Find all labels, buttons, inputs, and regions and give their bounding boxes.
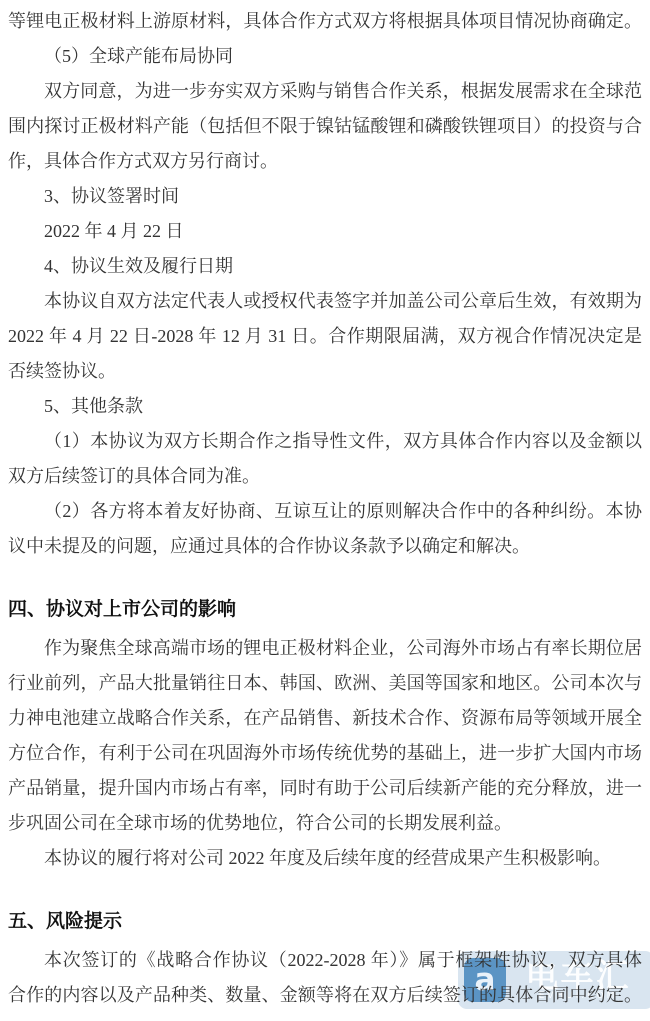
section-heading: 五、风险提示	[8, 904, 642, 939]
document-line: 3、协议签署时间	[8, 179, 642, 214]
document-line: 2022 年 4 月 22 日-2028 年 12 月 31 日。合作期限届满，…	[8, 319, 642, 354]
document-line: 步巩固公司在全球市场的优势地位，符合公司的长期发展利益。	[8, 806, 642, 841]
document-line: 方位合作，有利于公司在巩固海外市场传统优势的基础上，进一步扩大国内市场	[8, 736, 642, 771]
document-line: 双方同意，为进一步夯实双方采购与销售合作关系，根据发展需求在全球范	[8, 74, 642, 109]
document-line: 力神电池建立战略合作关系，在产品销售、新技术合作、资源布局等领域开展全	[8, 701, 642, 736]
document-line: （2）各方将本着友好协商、互谅互让的原则解决合作中的各种纠纷。本协	[8, 494, 642, 529]
document-line: 作，具体合作方式双方另行商讨。	[8, 144, 642, 179]
document-line: 2022 年 4 月 22 日	[8, 214, 642, 249]
document-body: 等锂电正极材料上游原材料，具体合作方式双方将根据具体项目情况协商确定。（5）全球…	[0, 0, 650, 1013]
document-line: 否续签协议。	[8, 354, 642, 389]
document-line: 作为聚焦全球高端市场的锂电正极材料企业，公司海外市场占有率长期位居	[8, 631, 642, 666]
document-line: 等锂电正极材料上游原材料，具体合作方式双方将根据具体项目情况协商确定。	[8, 4, 642, 39]
document-line: 合作的内容以及产品种类、数量、金额等将在双方后续签订的具体合同中约定。	[8, 978, 642, 1013]
document-line: 本协议自双方法定代表人或授权代表签字并加盖公司公章后生效，有效期为	[8, 284, 642, 319]
document-line: 双方后续签订的具体合同为准。	[8, 459, 642, 494]
document-line: 5、其他条款	[8, 389, 642, 424]
document-line: 本次签订的《战略合作协议（2022-2028 年）》属于框架性协议，双方具体	[8, 943, 642, 978]
section-heading: 四、协议对上市公司的影响	[8, 592, 642, 627]
document-line: 4、协议生效及履行日期	[8, 249, 642, 284]
document-line: 行业前列，产品大批量销往日本、韩国、欧洲、美国等国家和地区。公司本次与	[8, 666, 642, 701]
document-line: 本协议的履行将对公司 2022 年度及后续年度的经营成果产生积极影响。	[8, 841, 642, 876]
document-line: 议中未提及的问题，应通过具体的合作协议条款予以确定和解决。	[8, 529, 642, 564]
document-line: （5）全球产能布局协同	[8, 39, 642, 74]
document-line: 产品销量，提升国内市场占有率，同时有助于公司后续新产能的充分释放，进一	[8, 771, 642, 806]
document-page: a 电车汇 EVHUI.COM 等锂电正极材料上游原材料，具体合作方式双方将根据…	[0, 0, 650, 1021]
document-line: （1）本协议为双方长期合作之指导性文件，双方具体合作内容以及金额以	[8, 424, 642, 459]
document-line: 围内探讨正极材料产能（包括但不限于镍钴锰酸锂和磷酸铁锂项目）的投资与合	[8, 109, 642, 144]
